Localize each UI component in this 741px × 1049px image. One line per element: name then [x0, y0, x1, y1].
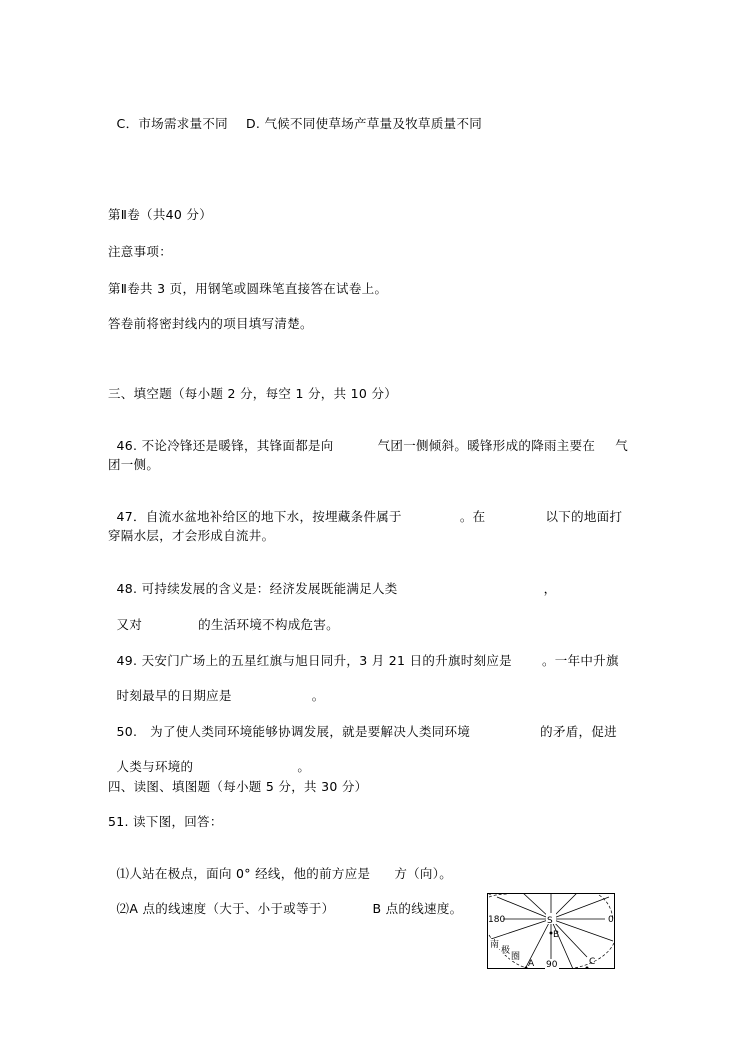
label-0: 0: [608, 915, 614, 925]
q48-text-d: 的生活环境不构成危害。: [198, 617, 339, 632]
q48-text-b: ，: [544, 581, 557, 596]
circle-label-quan: 圈: [511, 951, 520, 962]
label-90: 90: [546, 960, 558, 969]
q47-text-a: 47．自流水盆地补给区的地下水，按埋藏条件属于: [117, 509, 402, 524]
q49-text-b: 。一年中升旗: [542, 653, 619, 668]
question-46-line2: 团一侧。: [108, 457, 159, 473]
polar-diagram: S 180 0 90 B A C 南 极 圈: [487, 893, 615, 969]
q50-text-d: 。: [297, 759, 310, 774]
question-51-sub1: ⑴人站在极点，面向 0° 经线，他的前方应是方（向）。: [108, 850, 452, 882]
q49-text-a: 49. 天安门广场上的五星红旗与旭日同升，3 月 21 日的升旗时刻应是: [117, 653, 512, 668]
question-49-line2: 时刻最早的日期应是。: [108, 672, 325, 704]
question-47-line1: 47．自流水盆地补给区的地下水，按埋藏条件属于。在以下的地面打: [108, 493, 622, 525]
q51-sub2-text-b: B 点的线速度。: [372, 901, 462, 916]
q50-text-a: 50. 为了使人类同环境能够协调发展，就是要解决人类同环境: [117, 724, 471, 739]
option-line: C．市场需求量不同D. 气候不同使草场产草量及牧草质量不同: [108, 100, 482, 132]
point-c-label: C: [589, 957, 595, 967]
option-d: D. 气候不同使草场产草量及牧草质量不同: [246, 116, 482, 131]
question-48-line2: 又对的生活环境不构成危害。: [108, 601, 339, 633]
q48-text-a: 48. 可持续发展的含义是：经济发展既能满足人类: [117, 581, 398, 596]
question-51-sub2: ⑵A 点的线速度（大于、小于或等于）B 点的线速度。: [108, 885, 462, 917]
q50-text-c: 人类与环境的: [117, 759, 194, 774]
question-50-line1: 50. 为了使人类同环境能够协调发展，就是要解决人类同环境的矛盾，促进: [108, 708, 617, 740]
question-48-line1: 48. 可持续发展的含义是：经济发展既能满足人类，: [108, 565, 556, 597]
circle-label-ji: 极: [501, 944, 510, 956]
notice-item-2: 答卷前将密封线内的项目填写清楚。: [108, 316, 313, 332]
q46-text-a: 46. 不论冷锋还是暖锋，其锋面都是向: [117, 438, 334, 453]
section-title: 第Ⅱ卷（共40 分）: [108, 207, 212, 223]
q46-text-c: 气: [615, 438, 628, 453]
q47-text-b: 。在: [460, 509, 486, 524]
question-49-line1: 49. 天安门广场上的五星红旗与旭日同升，3 月 21 日的升旗时刻应是。一年中…: [108, 637, 619, 669]
q47-text-c: 以下的地面打: [545, 509, 622, 524]
q51-sub2-text-a: ⑵A 点的线速度（大于、小于或等于）: [117, 901, 335, 916]
notice-heading: 注意事项：: [108, 244, 172, 260]
point-a-label: A: [528, 959, 535, 969]
q50-text-b: 的矛盾，促进: [540, 724, 617, 739]
q51-sub1-text-a: ⑴人站在极点，面向 0° 经线，他的前方应是: [117, 866, 371, 881]
q51-sub1-text-b: 方（向）。: [394, 866, 452, 881]
question-50-line2: 人类与环境的。: [108, 743, 310, 775]
question-51-intro: 51. 读下图，回答：: [108, 814, 223, 830]
q48-text-c: 又对: [117, 617, 143, 632]
question-47-line2: 穿隔水层，才会形成自流井。: [108, 528, 274, 544]
circle-label-nan: 南: [490, 938, 499, 950]
point-b-label: B: [553, 930, 559, 940]
part3-heading: 三、填空题（每小题 2 分，每空 1 分，共 10 分）: [108, 386, 397, 402]
question-46-line1: 46. 不论冷锋还是暖锋，其锋面都是向气团一侧倾斜。暖锋形成的降雨主要在气: [108, 422, 628, 454]
q46-text-b: 气团一侧倾斜。暖锋形成的降雨主要在: [378, 438, 596, 453]
label-180: 180: [488, 915, 505, 925]
notice-item-1: 第Ⅱ卷共 3 页，用钢笔或圆珠笔直接答在试卷上。: [108, 281, 387, 297]
q49-text-d: 。: [312, 688, 325, 703]
q49-text-c: 时刻最早的日期应是: [117, 688, 232, 703]
part4-heading: 四、读图、填图题（每小题 5 分，共 30 分）: [108, 779, 367, 795]
option-c: C．市场需求量不同: [117, 116, 228, 131]
polar-diagram-svg: S 180 0 90 B A C 南 极 圈: [487, 893, 615, 969]
center-label-s: S: [547, 916, 553, 926]
